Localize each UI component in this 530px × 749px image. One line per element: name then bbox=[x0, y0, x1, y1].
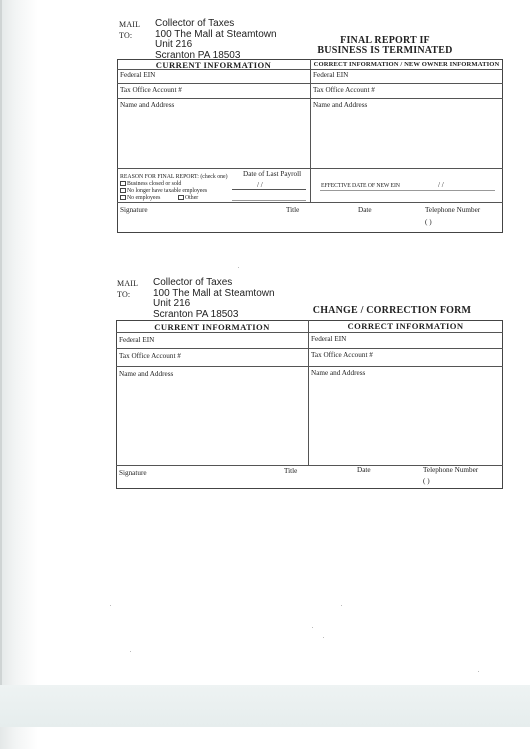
new-name-address-field[interactable]: Name and Address bbox=[313, 101, 367, 109]
last-payroll-label: Date of Last Payroll bbox=[243, 170, 301, 178]
signature-field[interactable]: Signature bbox=[120, 206, 148, 214]
correct-tax-account-field[interactable]: Tax Office Account # bbox=[311, 351, 373, 359]
telephone-field[interactable]: Telephone Number bbox=[423, 466, 478, 474]
scan-left-shadow bbox=[0, 0, 38, 749]
address-line: Collector of Taxes bbox=[153, 278, 275, 289]
tax-account-field[interactable]: Tax Office Account # bbox=[120, 86, 182, 94]
scan-bottom-band bbox=[0, 685, 530, 727]
current-info-header: CURRENT INFORMATION bbox=[116, 322, 308, 332]
reason-option-other[interactable]: Other bbox=[178, 194, 198, 202]
correct-name-address-field[interactable]: Name and Address bbox=[311, 369, 365, 377]
name-address-field[interactable]: Name and Address bbox=[119, 370, 173, 378]
address-line: Unit 216 bbox=[153, 299, 275, 310]
checkbox[interactable] bbox=[120, 188, 126, 193]
scan-speck bbox=[341, 605, 342, 606]
scan-speck bbox=[312, 627, 313, 628]
address-line: Collector of Taxes bbox=[155, 19, 277, 30]
scan-speck bbox=[110, 605, 111, 606]
effective-date-field[interactable]: / / bbox=[438, 181, 444, 189]
address-line: Scranton PA 18503 bbox=[153, 310, 275, 321]
mail-to-address: Collector of Taxes 100 The Mall at Steam… bbox=[153, 278, 275, 320]
effective-date-label: EFFECTIVE DATE OF NEW EIN bbox=[321, 182, 400, 190]
new-federal-ein-field[interactable]: Federal EIN bbox=[313, 71, 348, 79]
change-correction-table bbox=[116, 320, 503, 489]
scan-speck bbox=[130, 651, 131, 652]
mail-to-address: Collector of Taxes 100 The Mall at Steam… bbox=[155, 19, 277, 61]
correct-info-header: CORRECT INFORMATION / NEW OWNER INFORMAT… bbox=[310, 61, 503, 68]
form-title: FINAL REPORT IF BUSINESS IS TERMINATED bbox=[310, 36, 460, 56]
checkbox[interactable] bbox=[178, 195, 184, 200]
current-info-header: CURRENT INFORMATION bbox=[117, 60, 310, 70]
name-address-field[interactable]: Name and Address bbox=[120, 101, 174, 109]
correct-info-header: CORRECT INFORMATION bbox=[308, 321, 503, 331]
checkbox[interactable] bbox=[120, 195, 126, 200]
scan-speck bbox=[238, 267, 239, 268]
last-payroll-field[interactable]: / / bbox=[257, 181, 263, 189]
telephone-field[interactable]: Telephone Number bbox=[425, 206, 480, 214]
title-field[interactable]: Title bbox=[284, 467, 297, 475]
address-line: Unit 216 bbox=[155, 40, 277, 51]
title-field[interactable]: Title bbox=[286, 206, 299, 214]
reason-option-no-employees[interactable]: No employees bbox=[120, 194, 160, 202]
date-field[interactable]: Date bbox=[358, 206, 372, 214]
correct-federal-ein-field[interactable]: Federal EIN bbox=[311, 335, 346, 343]
telephone-value[interactable]: ( ) bbox=[423, 477, 430, 485]
form-title-line: BUSINESS IS TERMINATED bbox=[310, 46, 460, 56]
scan-speck bbox=[323, 637, 324, 638]
scan-left-edge bbox=[0, 0, 2, 727]
form-title-line: CHANGE / CORRECTION FORM bbox=[312, 306, 472, 316]
date-field[interactable]: Date bbox=[357, 466, 371, 474]
federal-ein-field[interactable]: Federal EIN bbox=[120, 71, 155, 79]
checkbox[interactable] bbox=[120, 181, 126, 186]
scan-speck bbox=[478, 671, 479, 672]
form-title: CHANGE / CORRECTION FORM bbox=[312, 306, 472, 316]
federal-ein-field[interactable]: Federal EIN bbox=[119, 336, 154, 344]
new-tax-account-field[interactable]: Tax Office Account # bbox=[313, 86, 375, 94]
mail-to-label: MAIL TO: bbox=[117, 279, 138, 300]
mail-to-label: MAIL TO: bbox=[119, 20, 140, 41]
tax-account-field[interactable]: Tax Office Account # bbox=[119, 352, 181, 360]
telephone-value[interactable]: ( ) bbox=[425, 218, 432, 226]
signature-field[interactable]: Signature bbox=[119, 469, 147, 477]
